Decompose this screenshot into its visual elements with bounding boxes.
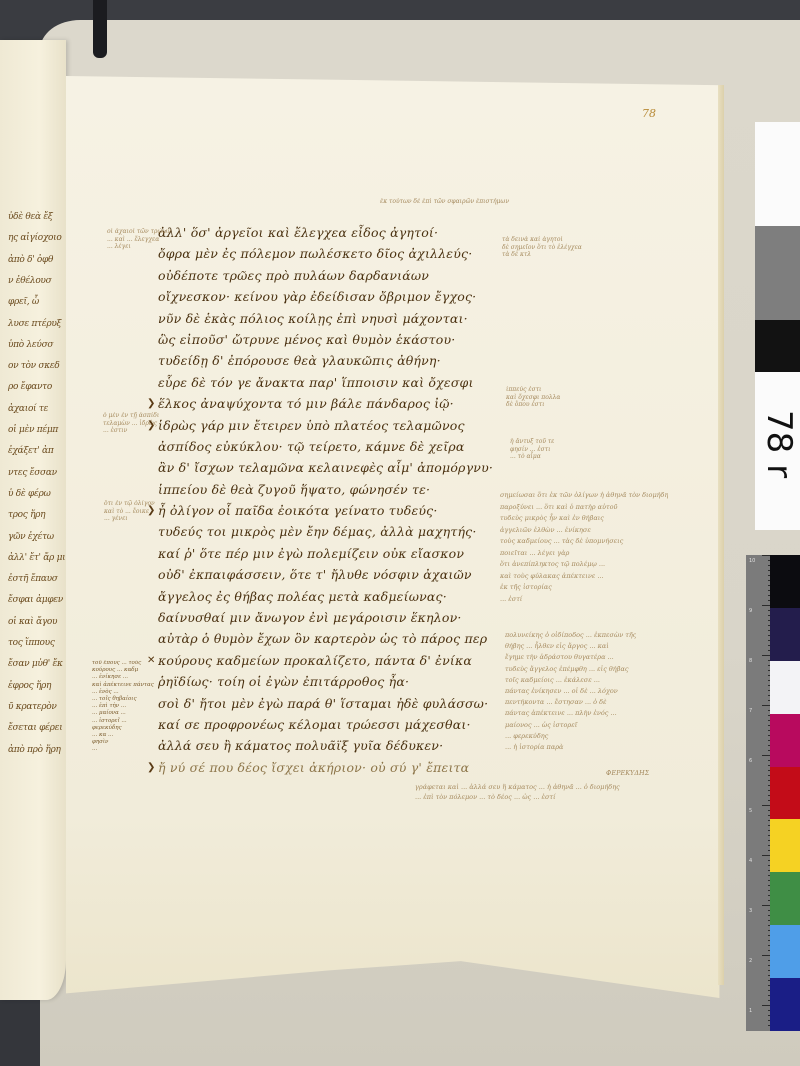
scholion-right-mid2: ἡ ἄντυξ τοῦ τεφησίν ... ἐστι... τὸ αἷμα bbox=[510, 438, 554, 461]
scholion-line: φερεκύδης bbox=[92, 725, 156, 732]
folio-label: 78 r bbox=[755, 372, 800, 530]
facing-page-line: ρο ἔφαντο bbox=[8, 382, 52, 392]
scholion-right-lower: πολυνείκης ὁ οἰδίποδος ... ἐκπεσὼν τῆςθή… bbox=[505, 630, 636, 753]
facing-page-line: γῶν ἐχέτω bbox=[8, 532, 54, 542]
verse-marker-icon: ❯ bbox=[147, 398, 155, 409]
text-line: τυδεύς τοι μικρὸς μὲν ἔην δέμας, ἀλλὰ μα… bbox=[158, 521, 518, 542]
ruler-label: 4 bbox=[749, 858, 752, 864]
ruler-label: 7 bbox=[749, 708, 752, 714]
ruler-label: 6 bbox=[749, 758, 752, 764]
color-calibration-strip bbox=[770, 555, 800, 1031]
text-line: ὄφρα μὲν ἐς πόλεμον πωλέσκετο δῖος ἀχιλλ… bbox=[158, 243, 518, 264]
page-clip bbox=[93, 0, 107, 58]
facing-page-line: ὑπὸ λεύσσ bbox=[8, 340, 53, 350]
scholion-bottom-note: γράφεται καὶ ... ἀλλά σευ ἢ κάματος ... … bbox=[415, 782, 620, 802]
ruler-label: 9 bbox=[749, 608, 752, 614]
scholion-line: τυδεὺς ἄγγελος ἐπέμφθη ... εἰς θήβας bbox=[505, 664, 636, 675]
scholion-line: δὲ ὅπου ἐστι bbox=[506, 401, 560, 409]
scholion-line: τοὺς καδμείους ... τὰς δὲ ὑπομνήσεις bbox=[500, 536, 668, 548]
scholion-line: οἱ ἀχαιοὶ τῶν τρώων bbox=[107, 228, 171, 236]
facing-page-line: ἔσεται φέρει bbox=[8, 723, 62, 733]
scholion-line: καὶ τοὺς φύλακας ἀπέκτεινε ... bbox=[500, 571, 668, 583]
scholion-line: θήβης ... ἦλθεν εἰς ἄργος ... καὶ bbox=[505, 641, 636, 652]
scholion-line: ... ἐστί bbox=[500, 594, 668, 606]
scholion-line: ... bbox=[92, 746, 156, 753]
scholion-line: δὲ σημεῖον ὅτι τὸ ἐλέγχεα bbox=[502, 244, 582, 252]
scholion-line: καὶ ἀπέκτεινε πάντας bbox=[92, 682, 156, 689]
color-swatch-red bbox=[770, 767, 800, 820]
facing-page-line: ἀχαιοί τε bbox=[8, 404, 48, 414]
gray-swatch-mid-gray bbox=[755, 226, 800, 320]
ruler-label: 3 bbox=[749, 908, 752, 914]
text-line: ἀλλά σευ ἢ κάματος πολυᾶϊξ γυῖα δέδυκεν· bbox=[158, 735, 518, 756]
scholion-line: ... τὸ αἷμα bbox=[510, 453, 554, 461]
facing-page-line: ἐφρος ἥρη bbox=[8, 681, 51, 691]
gray-swatch-white bbox=[755, 122, 800, 226]
gray-swatch-black bbox=[755, 320, 800, 372]
facing-page-line: ης αἰγίοχοιο bbox=[8, 233, 61, 243]
scholion-line: ... ἡ ἱστορία παρὰ bbox=[505, 742, 636, 753]
color-swatch-blue bbox=[770, 978, 800, 1031]
scholion-line: ... καὶ ... ἔλεγχεα bbox=[107, 236, 171, 244]
text-line: ὣς εἰποῦσ' ὤτρυνε μένος καὶ θυμὸν ἑκάστο… bbox=[158, 329, 518, 350]
verse-marker-icon: ❯ bbox=[147, 505, 155, 516]
text-line: οἴχνεσκον· κείνου γὰρ ἐδείδισαν ὄβριμον … bbox=[158, 286, 518, 307]
ruler-label: 5 bbox=[749, 808, 752, 814]
text-line: ἱδρὼς γάρ μιν ἔτειρεν ὑπὸ πλατέος τελαμῶ… bbox=[158, 415, 518, 436]
text-line: αὐτὰρ ὁ θυμὸν ἔχων ὃν καρτερὸν ὡς τὸ πάρ… bbox=[158, 628, 518, 649]
scholion-line: πάντας ἀπέκτεινε ... πλὴν ἑνός ... bbox=[505, 708, 636, 719]
facing-page-line: οἱ καὶ ἄγου bbox=[8, 617, 57, 627]
scholion-line: ... ἱστορεῖ ... bbox=[92, 718, 156, 725]
text-line: ἱππείου δὲ θεὰ ζυγοῦ ἥψατο, φώνησέν τε· bbox=[158, 479, 518, 500]
main-text-block: ἀλλ' ὅσ' ἀργεῖοι καὶ ἔλεγχεα εἶδος ἀγητο… bbox=[158, 222, 518, 778]
text-line: ἄγγελος ἐς θήβας πολέας μετὰ καδμείωνας· bbox=[158, 586, 518, 607]
facing-page-line: ὑ δὲ φέρω bbox=[8, 489, 51, 499]
facing-page-line: ἔσαν μὐθ' ἔκ bbox=[8, 659, 63, 669]
facing-page-line: φρεῖ, ὧ bbox=[8, 297, 39, 307]
scholion-line: ... μαίονα ... bbox=[92, 710, 156, 717]
scholion-signature: ΦΕΡΕΚΥΔΗΣ bbox=[606, 770, 649, 778]
folio-edge bbox=[718, 85, 724, 985]
text-line: ἀλλ' ὅσ' ἀργεῖοι καὶ ἔλεγχεα εἶδος ἀγητο… bbox=[158, 222, 518, 243]
scholion-left-bottom-block: τοῦ ἔπους ... τοὺςκούρους ... καδμ... ἐν… bbox=[92, 660, 156, 754]
facing-page-line: ἐστῆ ἔπαυσ bbox=[8, 574, 58, 584]
scholion-line: μαίονος ... ὡς ἱστορεῖ bbox=[505, 720, 636, 731]
verse-marker-icon: ❯ bbox=[147, 762, 155, 773]
scholion-line: ... ἐνίκησε ... bbox=[92, 674, 156, 681]
facing-page-line: λυσε πτέρυξ bbox=[8, 319, 61, 329]
scholion-line: παροξύνει ... ὅτι καὶ ὁ πατὴρ αὐτοῦ bbox=[500, 502, 668, 514]
scholion-line: ἀγγελιῶν ἐλθὼν ... ἐνίκησε bbox=[500, 525, 668, 537]
scholion-line: ... λέγει bbox=[107, 243, 171, 251]
scholion-line: πάντας ἐνίκησεν ... οἱ δὲ ... λόχον bbox=[505, 686, 636, 697]
color-swatch-white bbox=[770, 661, 800, 714]
text-line: δαίνυσθαί μιν ἄνωγον ἐνὶ μεγάροισιν ἕκηλ… bbox=[158, 607, 518, 628]
facing-page-line: ὐδὲ θεὰ ἔξ bbox=[8, 212, 53, 222]
scholion-right-mid1: ἱππεύς ἐστικαὶ ὄχεσφι πολλαδὲ ὅπου ἐστι bbox=[506, 386, 560, 409]
scholion-line: φησίν ... ἐστι bbox=[510, 446, 554, 454]
scholion-line: φησὶν bbox=[92, 739, 156, 746]
scholion-line: ἡ ἄντυξ τοῦ τε bbox=[510, 438, 554, 446]
text-line: τυδείδῃ δ' ἐπόρουσε θεὰ γλαυκῶπις ἀθήνη· bbox=[158, 350, 518, 371]
facing-page-line: ν ἐθέλουσ bbox=[8, 276, 51, 286]
facing-page-line: ἀλλ' ἔτ' ἄρ μιν bbox=[8, 553, 71, 563]
color-swatch-cyan bbox=[770, 925, 800, 978]
facing-page-line: ντες ἔσσαν bbox=[8, 468, 57, 478]
text-line: εὗρε δὲ τόν γε ἄνακτα παρ' ἵπποισιν καὶ … bbox=[158, 372, 518, 393]
color-swatch-green bbox=[770, 872, 800, 925]
scholion-line: τυδεὺς μικρὸς ἦν καὶ ἐν θήβαις bbox=[500, 513, 668, 525]
ruler-label: 8 bbox=[749, 658, 752, 664]
scholion-line: ... ἐπὶ τὸν πόλεμον ... τὸ δέος ... ὡς .… bbox=[415, 792, 620, 802]
scholion-line: καὶ ὄχεσφι πολλα bbox=[506, 394, 560, 402]
text-line: ῥηϊδίως· τοίη οἱ ἐγὼν ἐπιτάρροθος ἦα· bbox=[158, 671, 518, 692]
scholion-right-block: σημείωσαι ὅτι ἐκ τῶν ὀλίγων ἡ ἀθηνᾶ τὸν … bbox=[500, 490, 668, 605]
facing-page-line: ῦ κρατερὸν bbox=[8, 702, 57, 712]
facing-page: ὐδὲ θεὰ ἔξης αἰγίοχοιοἀπὸ δ' ὀφθν ἐθέλου… bbox=[0, 40, 66, 1000]
folio-label-text: 78 r bbox=[759, 410, 799, 478]
facing-page-line: ον τὸν σκεδ bbox=[8, 361, 59, 371]
scholion-line: τοῖς καδμείοις ... ἐκάλεσε ... bbox=[505, 675, 636, 686]
text-line: ἀσπίδος εὐκύκλου· τῷ τείρετο, κάμνε δὲ χ… bbox=[158, 436, 518, 457]
facing-page-line: τρος ἥρη bbox=[8, 510, 45, 520]
scholion-line: ποιεῖται ... λέγει γὰρ bbox=[500, 548, 668, 560]
text-line: ἂν δ' ἴσχων τελαμῶνα κελαινεφὲς αἷμ' ἀπο… bbox=[158, 457, 518, 478]
color-swatch-magenta bbox=[770, 714, 800, 767]
facing-page-line: οἱ μὲν πέμπ bbox=[8, 425, 58, 435]
folio-number: 78 bbox=[642, 107, 656, 120]
scholion-line: ἔγημε τὴν ἀδράστου θυγατέρα ... bbox=[505, 652, 636, 663]
ruler-label: 10 bbox=[749, 558, 755, 564]
scholion-line: ἐκ τῆς ἱστορίας bbox=[500, 582, 668, 594]
facing-page-line: ἀπὸ δ' ὀφθ bbox=[8, 255, 53, 265]
scholion-line: ἱππεύς ἐστι bbox=[506, 386, 560, 394]
scholion-line: γράφεται καὶ ... ἀλλά σευ ἢ κάματος ... … bbox=[415, 782, 620, 792]
scholion-left-upper: οἱ ἀχαιοὶ τῶν τρώων... καὶ ... ἔλεγχεα..… bbox=[107, 228, 171, 251]
scholion-line: πολυνείκης ὁ οἰδίποδος ... ἐκπεσὼν τῆς bbox=[505, 630, 636, 641]
text-line: καί ῥ' ὅτε πέρ μιν ἐγὼ πολεμίζειν οὐκ εἴ… bbox=[158, 543, 518, 564]
scholion-line: ... φερεκύδης bbox=[505, 731, 636, 742]
scholion-right-upper: τὰ δεινὰ καὶ ἀγητοὶδὲ σημεῖον ὅτι τὸ ἐλέ… bbox=[502, 236, 582, 259]
verse-marker-icon: ✕ bbox=[147, 655, 155, 666]
text-line: ἦ ὀλίγον οἷ παῖδα ἐοικότα γείνατο τυδεύς… bbox=[158, 500, 518, 521]
scholion-line: τὰ δὲ κτλ bbox=[502, 251, 582, 259]
scholion-line: τὰ δεινὰ καὶ ἀγητοὶ bbox=[502, 236, 582, 244]
text-line: κούρους καδμείων προκαλίζετο, πάντα δ' ἐ… bbox=[158, 650, 518, 671]
color-swatch-yellow bbox=[770, 819, 800, 872]
text-line: ἤ νύ σέ που δέος ἴσχει ἀκήριον· οὐ σύ γ'… bbox=[158, 757, 518, 778]
scholion-line: ... ἑνὸς ... bbox=[92, 689, 156, 696]
text-line: οὐδ' ἐκπαιφάσσειν, ὅτε τ' ἤλυθε νόσφιν ἀ… bbox=[158, 564, 518, 585]
text-line: οὐδέποτε τρῶες πρὸ πυλάων δαρδανιάων bbox=[158, 265, 518, 286]
ruler-label: 2 bbox=[749, 958, 752, 964]
facing-page-line: ἔσφαι ἀμφεν bbox=[8, 595, 63, 605]
color-swatch-navy bbox=[770, 608, 800, 661]
scholion-line: πεντήκοντα ... ἔστησαν ... ὁ δὲ bbox=[505, 697, 636, 708]
scholion-line: σημείωσαι ὅτι ἐκ τῶν ὀλίγων ἡ ἀθηνᾶ τὸν … bbox=[500, 490, 668, 502]
facing-page-line: ἐχάξετ' ἀπ bbox=[8, 446, 53, 456]
scholion-line: ὁ μὲν ἐν τῇ ἀσπίδι bbox=[103, 412, 159, 420]
text-line: νῦν δὲ ἑκὰς πόλιος κοίλῃς ἐπὶ νηυσὶ μάχο… bbox=[158, 308, 518, 329]
facing-page-line: ἀπὸ πρὸ ἥρη bbox=[8, 745, 61, 755]
facing-page-line: τος ἵππους bbox=[8, 638, 55, 648]
scholion-top-heading: ἐκ τούτων δὲ ἐπὶ τῶν σφαιρῶν ἐπιστήμων bbox=[380, 198, 509, 206]
text-line: ἕλκος ἀναψύχοντα τό μιν βάλε πάνδαρος ἰῷ… bbox=[158, 393, 518, 414]
scholion-line: ὅτι ἀνεπίπληκτος τῷ πολέμῳ ... bbox=[500, 559, 668, 571]
color-swatch-black bbox=[770, 555, 800, 608]
ruler-label: 1 bbox=[749, 1008, 752, 1014]
verse-marker-icon: ❯ bbox=[147, 420, 155, 431]
text-line: σοὶ δ' ἤτοι μὲν ἐγὼ παρά θ' ἵσταμαι ἠδὲ … bbox=[158, 693, 518, 714]
text-line: καί σε προφρονέως κέλομαι τρώεσσι μάχεσθ… bbox=[158, 714, 518, 735]
